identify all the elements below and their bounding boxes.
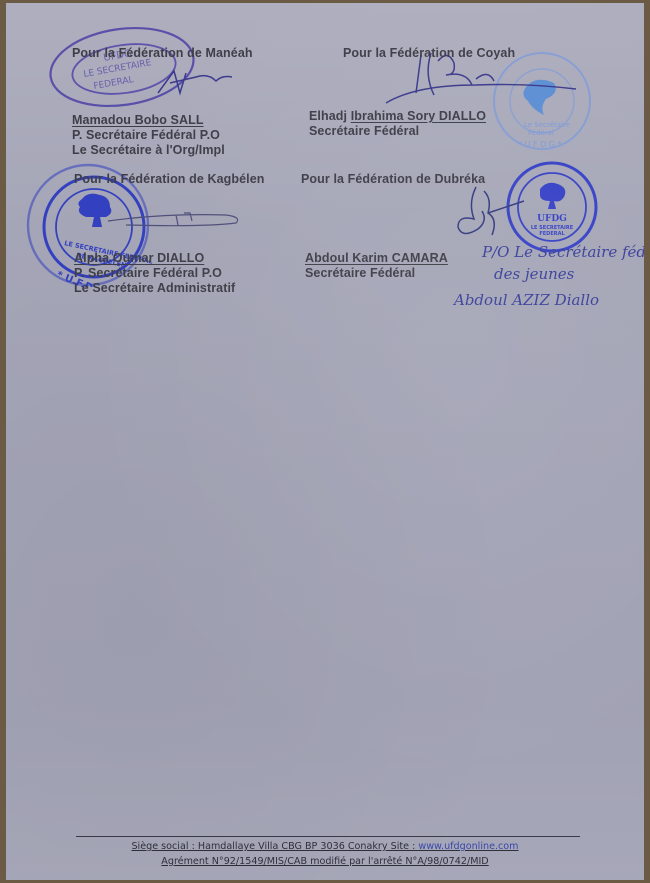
svg-text:UFDG: UFDG (537, 214, 567, 224)
footer-registration: Agrément N°92/1549/MIS/CAB modifié par l… (6, 856, 644, 867)
svg-text:LE SECRETAIRE: LE SECRETAIRE (83, 58, 153, 80)
maneah-signatory-title-1: P. Secrétaire Fédéral P.O (72, 128, 220, 143)
svg-text:Le Secrétaire: Le Secrétaire (524, 121, 570, 129)
maneah-signatory-title-2: Le Secrétaire à l'Org/Impl (72, 143, 225, 158)
footer-website-link[interactable]: www.ufdgonline.com (418, 841, 518, 852)
coyah-federation-heading: Pour la Fédération de Coyah (343, 46, 515, 61)
svg-text:FEDERAL: FEDERAL (539, 231, 565, 237)
footer-address: Siège social : Hamdallaye Villa CBG BP 3… (6, 841, 644, 852)
svg-text:Fédéral: Fédéral (528, 129, 554, 137)
kagbelen-signatory-title-1: P. Secrétaire Fédéral P.O (74, 266, 222, 281)
handwritten-note-line-1: P/O Le Secrétaire fédéral (482, 243, 644, 261)
footer-address-text: Siège social : Hamdallaye Villa CBG BP 3… (131, 841, 418, 852)
svg-text:FEDERAL: FEDERAL (93, 75, 135, 92)
footer-divider (76, 836, 580, 837)
kagbelen-signatory-title-2: Le Secrétaire Administratif (74, 281, 235, 296)
maneah-signatory-name: Mamadou Bobo SALL (72, 113, 204, 128)
dubreka-signatory-name: Abdoul Karim CAMARA (305, 251, 448, 266)
coyah-name-prefix: Elhadj (309, 109, 351, 123)
maneah-stamp-icon: UFDG LE SECRETAIRE FEDERAL (44, 17, 204, 117)
dubreka-federation-heading: Pour la Fédération de Dubréka (301, 172, 485, 187)
handwritten-note-line-3: Abdoul AZIZ Diallo (454, 291, 599, 309)
coyah-signatory-title-1: Secrétaire Fédéral (309, 124, 419, 139)
dubreka-stamp-icon: UFDG LE SECRETAIRE FEDERAL (504, 159, 600, 255)
coyah-name: Ibrahima Sory DIALLO (351, 109, 486, 123)
dubreka-signatory-title-1: Secrétaire Fédéral (305, 266, 415, 281)
svg-text:LE SECRETAIRE: LE SECRETAIRE (531, 225, 574, 231)
kagbelen-signature-icon (106, 203, 246, 233)
svg-text:* U F D G *: * U F D G * (518, 140, 562, 149)
kagbelen-federation-heading: Pour la Fédération de Kagbélen (74, 172, 265, 187)
kagbelen-signatory-name: Alpha Oumar DIALLO (74, 251, 204, 266)
coyah-signatory-name: Elhadj Ibrahima Sory DIALLO (309, 109, 486, 124)
document-page: UFDG LE SECRETAIRE FEDERAL Le Secrétaire… (6, 3, 644, 880)
handwritten-note-line-2: des jeunes (494, 265, 574, 283)
coyah-stamp-icon: Le Secrétaire Fédéral * U F D G * (484, 49, 600, 153)
dubreka-signature-icon (448, 183, 528, 243)
maneah-federation-heading: Pour la Fédération de Manéah (72, 46, 253, 61)
maneah-signature-icon (156, 63, 236, 103)
